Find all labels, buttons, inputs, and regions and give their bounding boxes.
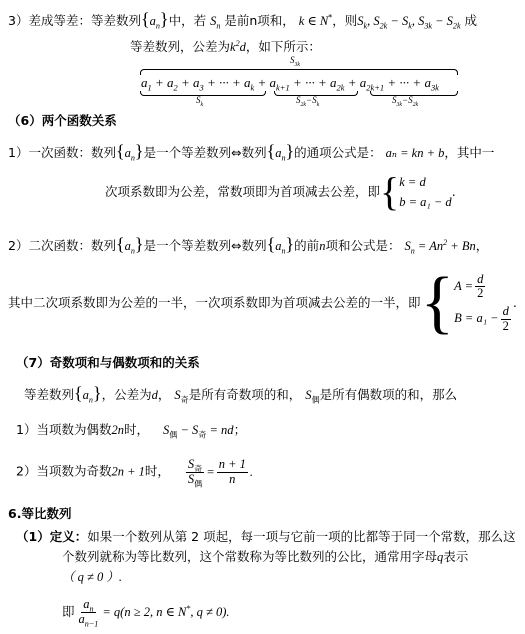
right-brace: } xyxy=(135,141,144,161)
text: 其中二次项系数即为公差的一半，一次项系数即为首项减去公差的一半，即 xyxy=(8,295,421,310)
sec3-line2: 等差数列，公差为k2d，如下所示： xyxy=(130,41,321,54)
right-brace: } xyxy=(135,234,144,254)
text: 的通项公式是： xyxy=(294,145,382,160)
text: ， xyxy=(158,387,171,402)
text: （ q ≠ 0 ）. xyxy=(62,570,122,584)
period: . xyxy=(513,295,517,310)
cases-rows: k = d b = a₁ − d xyxy=(399,172,451,212)
formula: aₙ = kn + b xyxy=(386,146,445,160)
sec6-heading: （6）两个函数关系 xyxy=(8,115,117,128)
right-brace: } xyxy=(286,141,295,161)
text: 2）当项数为奇数 xyxy=(16,463,111,478)
text: 是一个等差数列 xyxy=(144,238,232,253)
text: 是前n项和， xyxy=(224,13,294,28)
value: 2n xyxy=(111,423,124,437)
right-brace: } xyxy=(93,383,102,403)
text: ， xyxy=(476,238,489,253)
k-in-n: k ∈ N xyxy=(299,14,328,28)
text: ，如下所示： xyxy=(246,39,321,54)
text: 数列 xyxy=(242,238,267,253)
text: 是所有偶数项的和，那么 xyxy=(320,387,458,402)
text: 数列 xyxy=(242,145,267,160)
case-2: B = a₁ −d2 xyxy=(454,305,513,334)
text: 2）二次函数：数列 xyxy=(8,238,116,253)
cases: { A =d2 B = a₁ −d2 xyxy=(421,268,513,338)
sec7-heading: （7）奇数项和与偶数项和的关系 xyxy=(16,357,200,370)
brace-diagram: S3k a1 + a2 + a3 + ··· + ak + ak+1 + ···… xyxy=(138,56,458,106)
seq: an xyxy=(275,239,285,253)
text: ； xyxy=(234,422,247,437)
formula: S奇S偶=n + 1n. xyxy=(184,464,253,478)
under-label-2: S2k−Sk xyxy=(296,96,319,105)
sec6-item2-line2: 其中二次项系数即为公差的一半，一次项系数即为首项减去公差的一半，即 { A =d… xyxy=(8,268,517,338)
text: 1）一次函数：数列 xyxy=(8,145,116,160)
sum-sub: n xyxy=(216,22,220,31)
iff-symbol: ⇔ xyxy=(231,238,241,253)
text: 等差数列 xyxy=(24,387,74,402)
text: 次项系数即为公差，常数项即为首项减去公差，即 xyxy=(105,184,380,199)
text: 3）差成等差：等差数列 xyxy=(8,13,141,28)
value: 2n + 1 xyxy=(111,464,144,478)
formula-rhs: = q(n ≥ 2, n ∈ N*, q ≠ 0). xyxy=(102,605,229,619)
left-brace: { xyxy=(141,9,150,29)
text: 的前 xyxy=(294,238,319,253)
geo-def-line1: （1）定义：如果一个数列从第 2 项起，每一项与它前一项的比都等于同一个常数，那… xyxy=(16,531,516,544)
def-label: （1）定义： xyxy=(16,529,87,544)
text: ，则 xyxy=(332,13,357,28)
sec7-intro: 等差数列{an}，公差为d， S奇是所有奇数项的和， S偶是所有偶数项的和，那么 xyxy=(24,384,457,402)
text: 表示 xyxy=(443,549,468,564)
text: 成 xyxy=(465,13,478,28)
terms: Sk, S2k − Sk, S3k − S2k xyxy=(357,14,460,28)
text: 中，若 xyxy=(169,13,207,28)
sec7-case2: 2）当项数为奇数2n + 1时， S奇S偶=n + 1n. xyxy=(16,458,253,487)
cases-brace: { xyxy=(421,268,455,338)
s-odd: S奇 xyxy=(174,388,188,402)
text: 等差数列，公差为 xyxy=(130,39,230,54)
left-brace: { xyxy=(116,141,125,161)
seq: an xyxy=(125,239,135,253)
text: ，公差为 xyxy=(102,387,152,402)
seq: an xyxy=(125,146,135,160)
text: 如果一个数列从第 2 项起，每一项与它前一项的比都等于同一个常数，那么这 xyxy=(87,529,515,544)
text: ，其中一 xyxy=(444,145,494,160)
case-2: b = a₁ − d xyxy=(399,192,451,212)
text: 时， xyxy=(145,463,170,478)
sec6-item2-line1: 2）二次函数：数列{an}是一个等差数列⇔数列{an}的前n项和公式是： Sn … xyxy=(8,235,488,253)
geo-def-line3: （ q ≠ 0 ）. xyxy=(62,571,122,584)
text: 项和公式是： xyxy=(325,238,400,253)
cases: { k = d b = a₁ − d xyxy=(380,172,452,212)
left-brace: { xyxy=(74,383,83,403)
case-1: k = d xyxy=(399,172,451,192)
sum-expression: a1 + a2 + a3 + ··· + ak + ak+1 + ··· + a… xyxy=(141,76,439,89)
geo-heading: 6.等比数列 xyxy=(8,508,71,521)
under-label-3: S3k−S2k xyxy=(392,96,418,105)
sec6-item1-line1: 1）一次函数：数列{an}是一个等差数列⇔数列{an}的通项公式是： aₙ = … xyxy=(8,142,494,160)
left-brace: { xyxy=(267,141,276,161)
text: 是一个等差数列 xyxy=(144,145,232,160)
left-brace: { xyxy=(267,234,276,254)
over-label: S3k xyxy=(290,56,300,65)
sec3-line1: 3）差成等差：等差数列{an}中，若 Sn 是前n项和， k ∈ N*，则Sk,… xyxy=(8,10,477,28)
text: 个数列就称为等比数列，这个常数称为等比数列的公比，通常用字母 xyxy=(62,549,437,564)
text: 1）当项数为偶数 xyxy=(16,422,111,437)
ratio: anan−1 xyxy=(77,598,101,627)
sec7-case1: 1）当项数为偶数2n时， S偶 − S奇 = nd； xyxy=(16,424,246,437)
case-1: A =d2 xyxy=(454,273,513,302)
seq: an xyxy=(275,146,285,160)
geo-formula: 即anan−1= q(n ≥ 2, n ∈ N*, q ≠ 0). xyxy=(62,598,230,627)
right-brace: } xyxy=(286,234,295,254)
geo-def-line2: 个数列就称为等比数列，这个常数称为等比数列的公比，通常用字母q表示 xyxy=(62,551,468,564)
text: 是所有奇数项的和， xyxy=(189,387,302,402)
sec6-item1-line2: 次项系数即为公差，常数项即为首项减去公差，即 { k = d b = a₁ − … xyxy=(105,172,456,212)
right-brace: } xyxy=(160,9,169,29)
text: 即 xyxy=(62,604,75,619)
formula: S偶 − S奇 = nd xyxy=(163,423,234,437)
iff-symbol: ⇔ xyxy=(231,145,241,160)
cases-brace: { xyxy=(380,172,399,212)
under-label-1: Sk xyxy=(196,96,203,105)
s-even: S偶 xyxy=(305,388,319,402)
period: . xyxy=(452,184,456,199)
k2d: k2d xyxy=(230,40,246,54)
formula: Sn = An2 + Bn xyxy=(404,239,475,253)
text: 时， xyxy=(124,422,149,437)
left-brace: { xyxy=(116,234,125,254)
cases-rows: A =d2 B = a₁ −d2 xyxy=(454,273,513,334)
seq: an xyxy=(83,388,93,402)
